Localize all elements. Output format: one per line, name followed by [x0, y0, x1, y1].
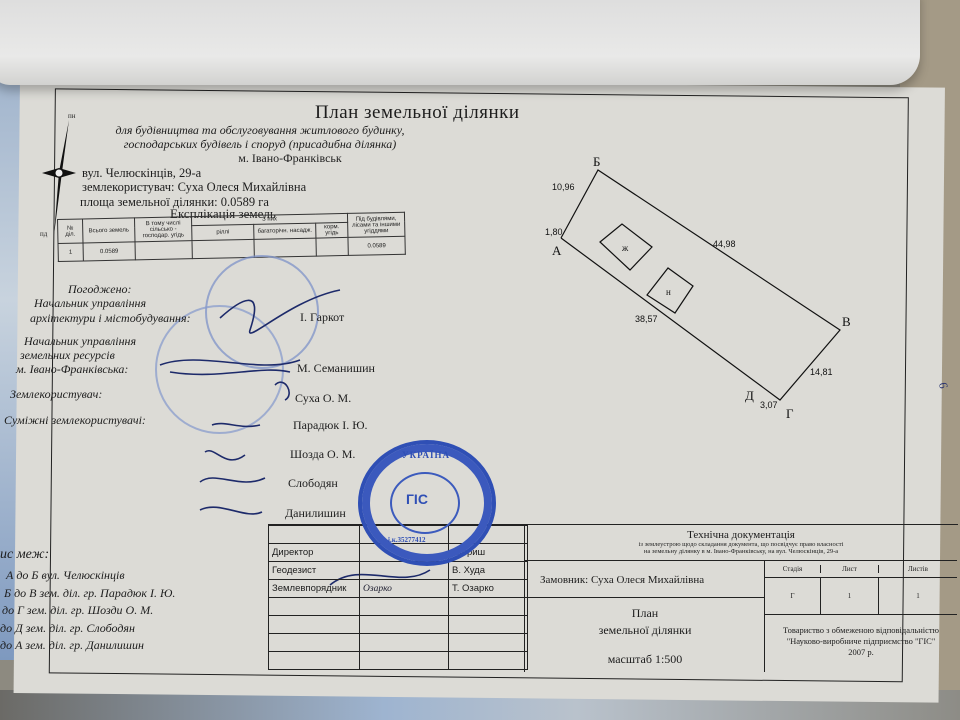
company-info: Товариство з обмеженою відповідальністю … [765, 625, 957, 658]
tech-doc-line: на земельну ділянку в м. Івано-Франківсь… [525, 548, 957, 555]
subtitle: для будівництва та обслуговування житлов… [100, 123, 420, 165]
sheet-label: Лист [821, 565, 879, 573]
cell-num: 1 [58, 243, 83, 262]
title-block: Директор Гавриш Геодезист В. Худа Землев… [268, 524, 958, 673]
sheets-label: Листів [879, 565, 957, 573]
neighbor-4: Данилишин [285, 506, 346, 521]
cell-buildings: 0.0589 [348, 236, 405, 255]
point-b: Б [593, 154, 600, 169]
dim-gd: 3,07 [760, 400, 778, 410]
company-line: "Науково-виробниче підприємство "ГІС" [765, 636, 957, 647]
neighbor-1: Парадюк І. Ю. [293, 418, 368, 433]
dim-da: 38,57 [635, 314, 658, 324]
header-num: № діл. [58, 219, 83, 244]
header-buildings: Під будівлями, лісами та іншими угіддями [347, 212, 404, 237]
border-item: до А зем. діл. гр. Данилишин [0, 637, 175, 655]
name-land-surveyor: Т. Озарко [449, 580, 528, 598]
plot-plan-drawing: 10,96 1,80 44,98 38,57 14,81 3,07 А Б В … [530, 150, 860, 430]
subtitle-city: м. Івано-Франківськ [160, 151, 420, 165]
cell-agri [135, 241, 192, 260]
company-year: 2007 р. [765, 647, 957, 658]
plan-scale: масштаб 1:500 [525, 651, 765, 668]
point-a: А [552, 243, 562, 258]
sheet-value: 1 [821, 578, 879, 614]
approved-heading: Погоджено: [68, 282, 132, 297]
subtitle-line: для будівництва та обслуговування житлов… [100, 123, 420, 137]
building-zh: ж [621, 243, 629, 253]
stage-label: Стадія [765, 565, 821, 573]
plan-title-line: земельної ділянки [525, 622, 765, 639]
table-row: Землевпорядник Озарко Т. Озарко [269, 580, 528, 598]
header-agri: В тому числі сільсько - господар. угідь [134, 217, 191, 242]
arch-label-1: Начальник управління [34, 296, 146, 311]
dim-vg: 14,81 [810, 367, 833, 377]
page-title: План земельної ділянки [315, 102, 520, 124]
stage-value: Г [765, 578, 821, 614]
company-line: Товариство з обмеженою відповідальністю [765, 625, 957, 636]
subtitle-line: господарських будівель і споруд (присади… [100, 137, 420, 151]
point-d: Д [745, 388, 754, 403]
arch-name: І. Гаркот [300, 310, 344, 325]
land-name: М. Семанишин [297, 361, 375, 376]
table-row: Геодезист В. Худа [269, 562, 528, 580]
signature-land-surveyor: Озарко [360, 580, 449, 598]
stamp-country: УКРАЇНА [402, 450, 450, 460]
role-director: Директор [269, 544, 360, 562]
dim-a-extra: 1,80 [545, 227, 563, 237]
cell-arable [192, 239, 254, 258]
dim-ab: 10,96 [552, 182, 575, 192]
stamp-code: і.к.35277412 [388, 536, 425, 544]
role-geodesist: Геодезист [269, 562, 360, 580]
header-forage: корм. угідь [316, 222, 348, 238]
stamp-logo: ГІС [406, 491, 428, 507]
compass-north: пн [68, 112, 76, 120]
customer-name: Замовник: Суха Олеся Михайлівна [540, 574, 704, 586]
tech-doc-header: Технічна документація із землеустрою щод… [524, 525, 957, 561]
stage-block: Стадія Лист Листів Г 1 1 Товариство з об… [764, 560, 957, 672]
building-n: н [666, 287, 671, 297]
tech-doc-line: із землеустрою щодо складання документа,… [525, 541, 957, 548]
tech-doc-title: Технічна документація [525, 529, 957, 541]
cell-forage [316, 237, 348, 256]
header-perennial: багаторічн. насадж. [254, 223, 316, 239]
point-v: В [842, 314, 851, 329]
neighbor-2: Шозда О. М. [290, 447, 355, 462]
border-item: Б до В зем. діл. гр. Парадюк І. Ю. [0, 585, 175, 603]
folded-top-page [0, 0, 920, 85]
land-user: землекористувач: Суха Олеся Михайлівна [82, 180, 306, 195]
point-g: Г [786, 406, 794, 421]
borders-title: ис меж: [0, 547, 49, 563]
explication-table: № діл. Всього земель В тому числі сільсь… [57, 212, 406, 262]
street-address: вул. Челюскінців, 29-а [82, 166, 201, 181]
user-label: Землекористувач: [10, 387, 102, 402]
land-label-1: Начальник управління [24, 334, 136, 349]
neighbors-label: Суміжні землекористувачі: [4, 413, 146, 428]
gis-company-stamp: УКРАЇНА ГІС і.к.35277412 [358, 440, 496, 566]
land-label-3: м. Івано-Франківська: [16, 362, 128, 377]
land-label-2: земельних ресурсів [20, 348, 115, 363]
user-name: Суха О. М. [295, 391, 351, 406]
name-geodesist: В. Худа [449, 562, 528, 580]
neighbor-3: Слободян [288, 476, 338, 491]
role-land-surveyor: Землевпорядник [269, 580, 360, 598]
cell-total: 0.0589 [83, 242, 135, 261]
compass-south: пд [40, 230, 47, 238]
border-item: А до Б вул. Челюскінців [0, 567, 175, 585]
header-arable: ріллі [192, 224, 254, 240]
sheets-value: 1 [879, 592, 957, 600]
border-item: до Г зем. діл. гр. Шозди О. М. [0, 602, 175, 620]
borders-list: А до Б вул. Челюскінців Б до В зем. діл.… [0, 567, 175, 655]
dim-bv: 44,98 [713, 239, 736, 249]
header-total: Всього земель [83, 218, 135, 243]
plan-title-line: План [525, 605, 765, 622]
customer-plan-block: Замовник: Суха Олеся Михайлівна План зем… [524, 560, 765, 672]
border-item: до Д зем. діл. гр. Слободян [0, 620, 175, 638]
arch-label-2: архітектури і містобудування: [30, 311, 191, 326]
